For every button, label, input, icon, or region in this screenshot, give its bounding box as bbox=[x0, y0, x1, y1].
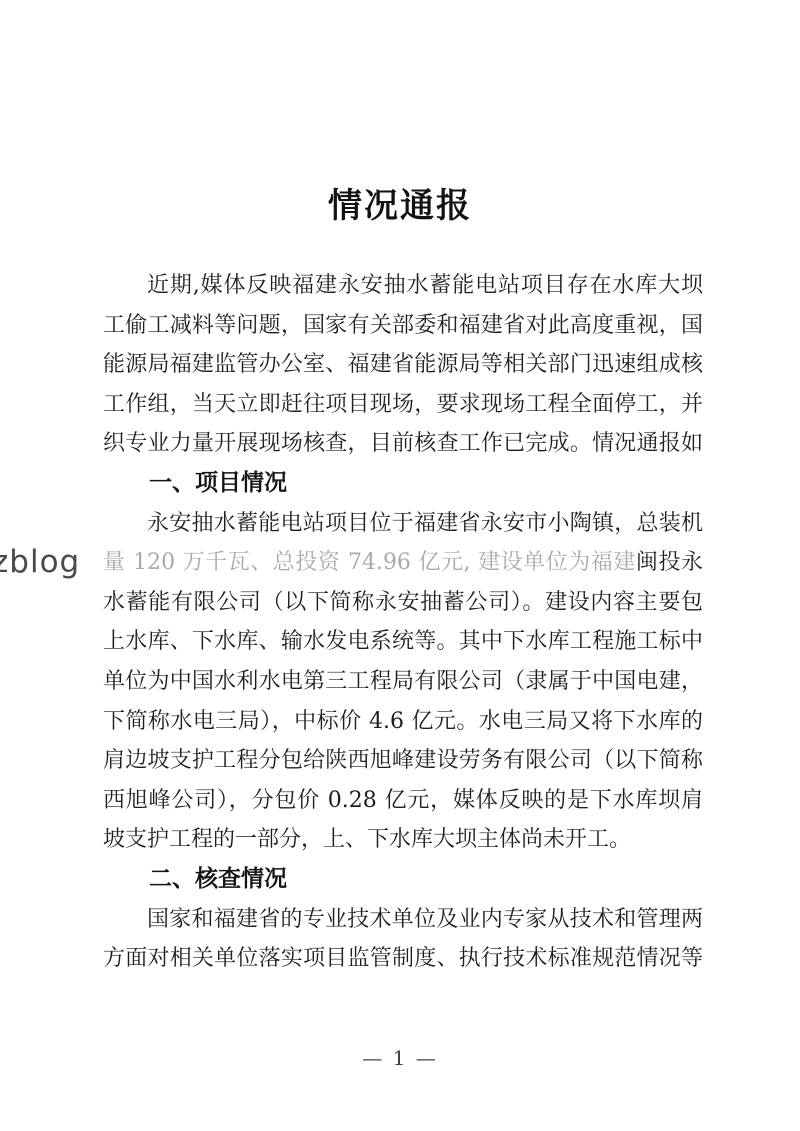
text-line: 水蓄能有限公司（以下简称永安抽蓄公司）。建设内容主要包括 bbox=[103, 583, 703, 623]
text-line: 方面对相关单位落实项目监管制度、执行技术标准规范情况等关 bbox=[103, 939, 703, 979]
text-segment: 工偷工减料等问题，国家有关部委和福建省对此高度重视，国家 bbox=[103, 313, 703, 346]
text-segment: 永安抽水蓄能电站项目位于福建省永安市小陶镇，总装机容 bbox=[103, 511, 703, 544]
text-segment: 能源局福建监管办公室、福建省能源局等相关部门迅速组成核查 bbox=[103, 352, 703, 385]
text-line: 工作组，当天立即赶往项目现场，要求现场工程全面停工，并组 bbox=[103, 385, 703, 425]
text-line: 国家和福建省的专业技术单位及业内专家从技术和管理两 bbox=[103, 900, 703, 940]
text-line: 量 120 万千瓦、总投资 74.96 亿元, 建设单位为福建闽投永安抽 bbox=[103, 543, 703, 583]
text-line: 下简称水电三局），中标价 4.6 亿元。水电三局又将下水库的坝 bbox=[103, 702, 703, 742]
text-segment: 单位为中国水利水电第三工程局有限公司（隶属于中国电建，以 bbox=[103, 669, 703, 702]
text-segment: 水蓄能有限公司（以下简称永安抽蓄公司）。建设内容主要包括 bbox=[103, 590, 703, 623]
document-page: zblog 情况通报 近期,媒体反映福建永安抽水蓄能电站项目存在水库大坝施工偷工… bbox=[0, 0, 800, 1131]
text-segment: 近期,媒体反映福建永安抽水蓄能电站项目存在水库大坝施 bbox=[103, 273, 703, 306]
document-body: 近期,媒体反映福建永安抽水蓄能电站项目存在水库大坝施工偷工减料等问题，国家有关部… bbox=[103, 266, 703, 979]
text-segment: 下简称水电三局），中标价 4.6 亿元。水电三局又将下水库的坝 bbox=[103, 709, 703, 742]
text-segment: 肩边坡支护工程分包给陕西旭峰建设劳务有限公司（以下简称陕 bbox=[103, 748, 703, 781]
document-title: 情况通报 bbox=[0, 178, 800, 227]
text-segment: 织专业力量开展现场核查，目前核查工作已完成。情况通报如下： bbox=[103, 431, 703, 464]
watermark-zblog: zblog bbox=[0, 544, 80, 580]
faded-text: 量 120 万千瓦、总投资 74.96 亿元, 建设单位为福建 bbox=[103, 550, 636, 575]
text-line: 工偷工减料等问题，国家有关部委和福建省对此高度重视，国家 bbox=[103, 306, 703, 346]
text-line: 上水库、下水库、输水发电系统等。其中下水库工程施工标中标 bbox=[103, 622, 703, 662]
text-segment: 一、项目情况 bbox=[149, 470, 287, 496]
text-segment: 工作组，当天立即赶往项目现场，要求现场工程全面停工，并组 bbox=[103, 392, 703, 425]
text-segment: 上水库、下水库、输水发电系统等。其中下水库工程施工标中标 bbox=[103, 629, 703, 662]
text-segment: 方面对相关单位落实项目监管制度、执行技术标准规范情况等关 bbox=[103, 946, 703, 979]
text-segment: 西旭峰公司），分包价 0.28 亿元，媒体反映的是下水库坝肩边 bbox=[103, 788, 703, 821]
section-heading: 一、项目情况 bbox=[103, 464, 703, 504]
text-line: 坡支护工程的一部分，上、下水库大坝主体尚未开工。 bbox=[103, 820, 703, 860]
text-line: 单位为中国水利水电第三工程局有限公司（隶属于中国电建，以 bbox=[103, 662, 703, 702]
section-heading: 二、核查情况 bbox=[103, 860, 703, 900]
text-line: 能源局福建监管办公室、福建省能源局等相关部门迅速组成核查 bbox=[103, 345, 703, 385]
page-number: — 1 — bbox=[0, 1046, 800, 1070]
text-line: 肩边坡支护工程分包给陕西旭峰建设劳务有限公司（以下简称陕 bbox=[103, 741, 703, 781]
text-line: 织专业力量开展现场核查，目前核查工作已完成。情况通报如下： bbox=[103, 424, 703, 464]
text-segment: 二、核查情况 bbox=[149, 866, 287, 892]
text-line: 永安抽水蓄能电站项目位于福建省永安市小陶镇，总装机容 bbox=[103, 504, 703, 544]
text-segment: 坡支护工程的一部分，上、下水库大坝主体尚未开工。 bbox=[103, 827, 631, 852]
text-line: 西旭峰公司），分包价 0.28 亿元，媒体反映的是下水库坝肩边 bbox=[103, 781, 703, 821]
text-line: 近期,媒体反映福建永安抽水蓄能电站项目存在水库大坝施 bbox=[103, 266, 703, 306]
text-segment: 国家和福建省的专业技术单位及业内专家从技术和管理两 bbox=[147, 907, 703, 932]
